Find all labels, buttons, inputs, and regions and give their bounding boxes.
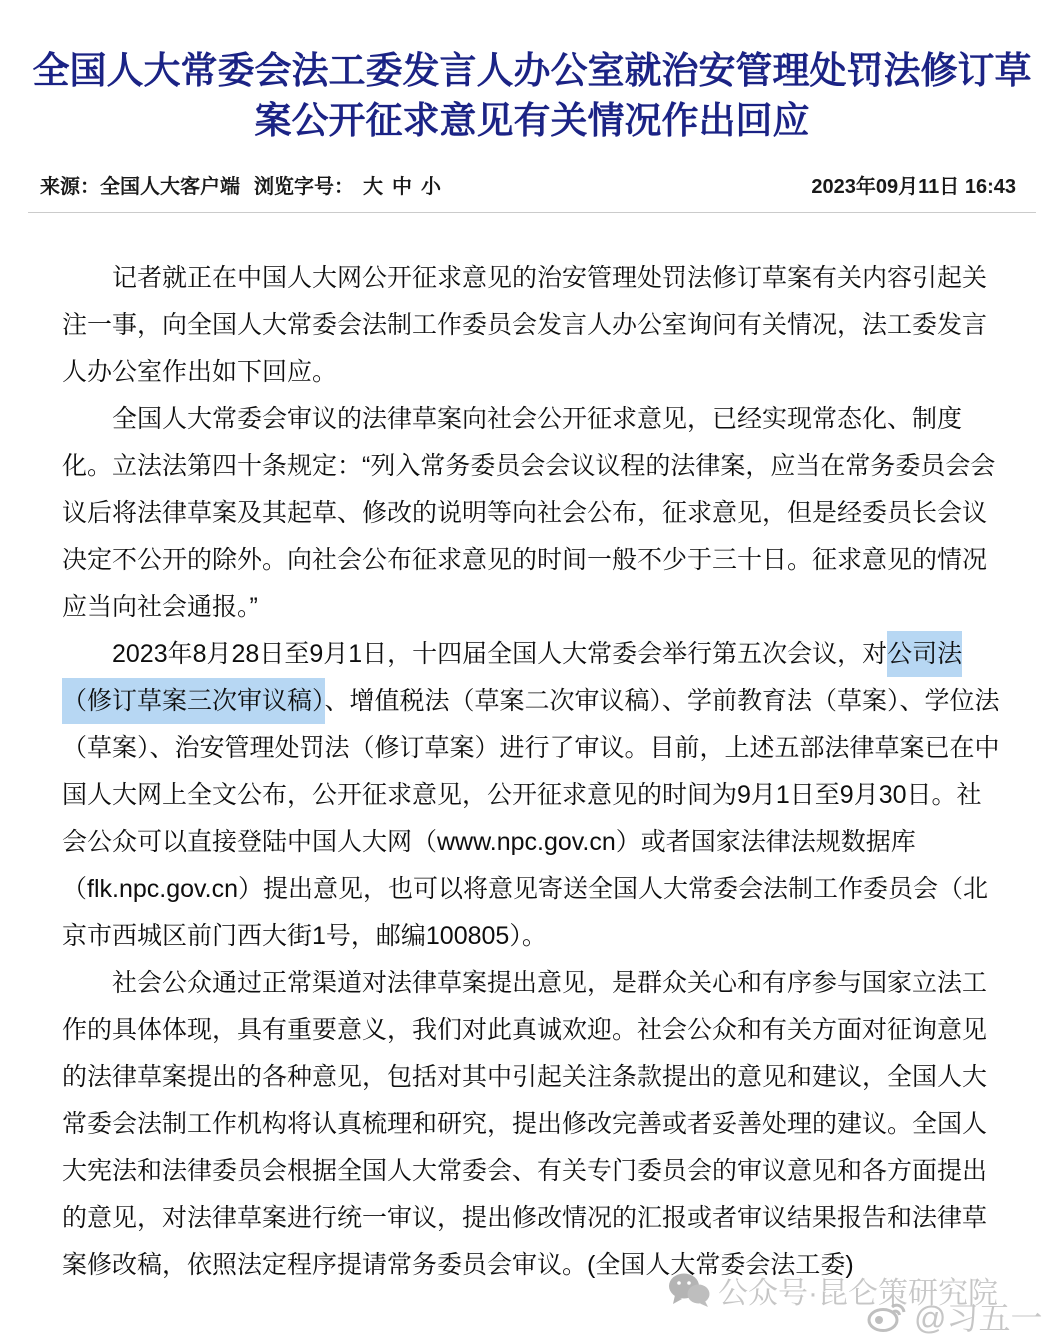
article-datetime: 2023年09月11日 16:43 xyxy=(811,170,1016,199)
font-size-label: 浏览字号： xyxy=(254,170,354,199)
article-body: 记者就正在中国人大网公开征求意见的治安管理处罚法修订草案有关内容引起关注一事，向… xyxy=(62,255,1002,1289)
paragraph-text: 2023年8月28日至9月1日，十四届全国人大常委会举行第五次会议，对 xyxy=(112,640,887,668)
page-root: 全国人大常委会法工委发言人办公室就治安管理处罚法修订草案公开征求意见有关情况作出… xyxy=(0,0,1064,1336)
font-size-option-medium[interactable]: 中 xyxy=(392,170,412,199)
paragraph-text: 、增值税法（草案二次审议稿）、学前教育法（草案）、学位法（草案）、治安管理处罚法… xyxy=(62,687,1000,950)
font-size-option-small[interactable]: 小 xyxy=(421,170,441,199)
paragraph: 记者就正在中国人大网公开征求意见的治安管理处罚法修订草案有关内容引起关注一事，向… xyxy=(62,255,1002,396)
article-title: 全国人大常委会法工委发言人办公室就治安管理处罚法修订草案公开征求意见有关情况作出… xyxy=(26,46,1038,146)
weibo-icon xyxy=(866,1299,906,1333)
font-size-option-large[interactable]: 大 xyxy=(363,170,383,199)
header-divider xyxy=(28,212,1036,213)
source-value: 全国人大客户端 xyxy=(100,170,240,199)
paragraph-text: 社会公众通过正常渠道对法律草案提出意见，是群众关心和有序参与国家立法工作的具体体… xyxy=(62,969,987,1279)
watermark-author-row: @习五一 xyxy=(866,1293,1043,1336)
watermark-author: @习五一 xyxy=(914,1293,1043,1336)
source-label: 来源： xyxy=(40,170,100,199)
paragraph-text: 全国人大常委会审议的法律草案向社会公开征求意见，已经实现常态化、制度化。立法法第… xyxy=(62,405,995,621)
meta-left: 来源： 全国人大客户端 浏览字号： 大 中 小 xyxy=(40,170,441,199)
paragraph: 全国人大常委会审议的法律草案向社会公开征求意见，已经实现常态化、制度化。立法法第… xyxy=(62,396,1002,631)
paragraph: 社会公众通过正常渠道对法律草案提出意见，是群众关心和有序参与国家立法工作的具体体… xyxy=(62,960,1002,1289)
paragraph: 2023年8月28日至9月1日，十四届全国人大常委会举行第五次会议，对公司法（修… xyxy=(62,631,1002,960)
paragraph-text: 记者就正在中国人大网公开征求意见的治安管理处罚法修订草案有关内容引起关注一事，向… xyxy=(62,264,987,386)
meta-bar: 来源： 全国人大客户端 浏览字号： 大 中 小 2023年09月11日 16:4… xyxy=(40,170,1016,199)
